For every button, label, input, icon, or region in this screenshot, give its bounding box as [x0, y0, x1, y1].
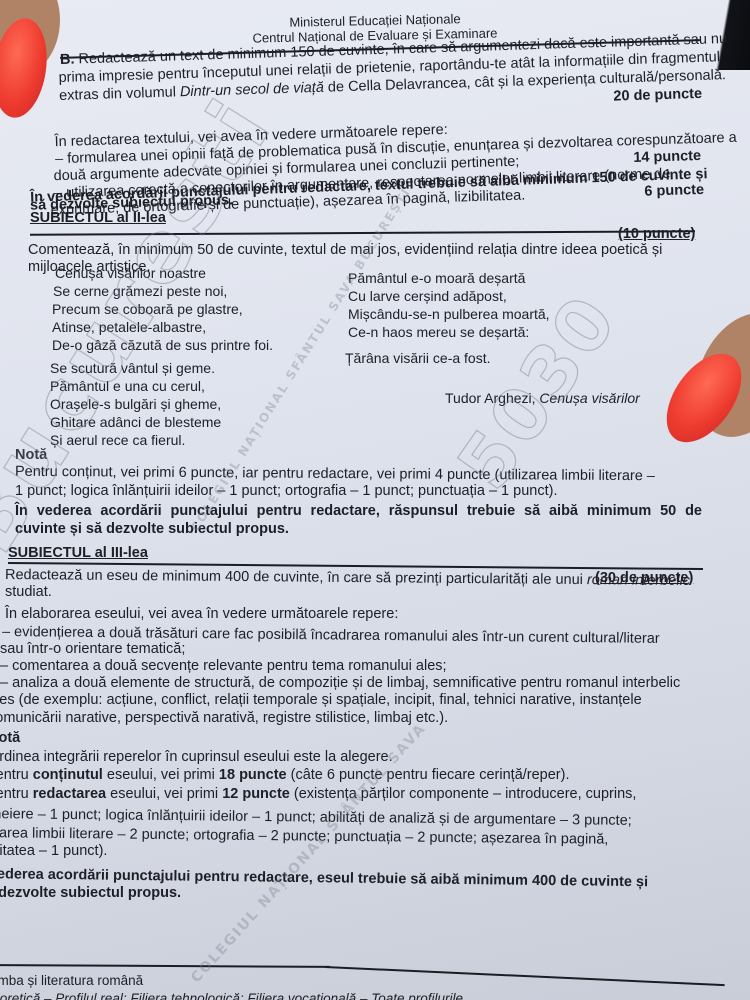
poem-title: Cenușa visărilor	[539, 390, 639, 406]
poem-verse: Pământul e una cu cerul,	[50, 378, 205, 395]
poem-right-stanza-2: Țărâna visării ce-a fost.	[345, 350, 491, 367]
subject-3-task-line-2: studiat.	[5, 584, 52, 601]
subject-3-note-title: Notă	[0, 730, 20, 747]
note-bold: 18 puncte	[219, 767, 287, 783]
subject-3-title: SUBIECTUL al III-lea	[8, 545, 148, 562]
subject-2-requirement-2: cuvinte și să dezvolte subiectul propus.	[15, 521, 289, 538]
note-text: (câte 6 puncte pentru fiecare cerință/re…	[291, 767, 570, 783]
subject-3-note-line-2: Pentru conținutul eseului, vei primi 18 …	[0, 767, 570, 784]
note-bold: conținutul	[33, 767, 103, 783]
footer-line-2: Filiera teoretică – Profilul real; Filie…	[0, 990, 463, 1000]
poem-verse: Ghitare adânci de blesteme	[50, 414, 221, 431]
subject-2-rule	[30, 230, 695, 235]
subject-3-item-3-line-2: ales (de exemplu: acțiune, conflict, rel…	[0, 692, 642, 709]
poem-verse: Se cerne grămezi peste noi,	[53, 283, 227, 300]
subject-2-note-line-1: Pentru conținut, vei primi 6 puncte, iar…	[15, 464, 655, 485]
criteria-1-points: 14 puncte	[633, 148, 701, 167]
poem-verse: Se scutură vântul și geme.	[50, 360, 215, 377]
subject-3-item-1-line-2: sau într-o orientare tematică;	[0, 641, 185, 658]
subject-2-requirement-1: În vederea acordării punctajului pentru …	[15, 503, 702, 520]
subject-3-task-line-1: Redactează un eseu de minimum 400 de cuv…	[5, 567, 690, 590]
subject-2-task-line-1: Comentează, în minimum 50 de cuvinte, te…	[28, 242, 698, 259]
note-text: Pentru	[0, 767, 29, 783]
subject-3-note-line-3: Pentru redactarea eseului, vei primi 12 …	[0, 786, 636, 803]
poem-author: Tudor Arghezi,	[445, 390, 536, 406]
subject-3-item-3-line-1: – analiza a două elemente de structură, …	[0, 675, 680, 692]
footer-rule-left	[0, 964, 330, 968]
poem-verse: De-o gâză căzută de sus printre foi.	[52, 337, 273, 354]
book-title: Dintr-un secol de viață	[180, 80, 324, 101]
poem-verse: Orașele-s bulgări și gheme,	[50, 396, 221, 413]
poem-verse: Cenușa visărilor noastre	[55, 265, 206, 282]
note-bold: 12 puncte	[222, 786, 290, 802]
poem-verse: Precum se coboară pe glastre,	[52, 301, 243, 318]
note-text: eseului, vei primi	[107, 767, 215, 783]
subject-3-intro: În elaborarea eseului, vei avea în veder…	[5, 606, 398, 623]
subject-3-task-text: Redactează un eseu de minimum 400 de cuv…	[5, 567, 583, 588]
exam-page: Ministerul Educației Naționale Centrul N…	[0, 0, 750, 1000]
footer-rule-right	[325, 966, 725, 986]
section-b-points: 20 de puncte	[613, 86, 702, 106]
note-text: Pentru	[0, 786, 29, 802]
note-bold: redactarea	[33, 786, 106, 802]
poem-attribution: Tudor Arghezi, Cenușa visărilor	[445, 390, 640, 407]
poem-verse: Și aerul rece ca fierul.	[50, 432, 185, 449]
section-b-text: extras din volumul	[59, 84, 176, 104]
section-b-label: B.	[60, 52, 75, 68]
subject-3-item-3-line-3: comunicării narative, perspectivă narati…	[0, 710, 448, 727]
poem-verse: Ce-n haos mereu se deșartă:	[348, 324, 529, 341]
subject-3-item-2: – comentarea a două secvențe relevante p…	[0, 658, 447, 675]
footer-line-1: Proba scrisă – Limba și literatura român…	[0, 972, 143, 989]
poem-verse: Mișcându-se-n pulberea moartă,	[348, 306, 550, 323]
subject-3-requirement-2: să dezvolte subiectul propus.	[0, 885, 181, 902]
roman-interbelic: roman interbelic	[587, 572, 690, 589]
note-text: eseului, vei primi	[110, 786, 218, 802]
poem-verse: Pământul e-o moară deșartă	[348, 270, 525, 287]
subject-2-note-title: Notă	[15, 447, 47, 464]
poem-verse: Cu larve cerșind adăpost,	[348, 288, 507, 305]
subject-3-note-line-6: lizibilitatea – 1 punct).	[0, 843, 107, 860]
poem-verse: Atinse, petalele-albastre,	[52, 319, 206, 336]
subject-2-points: (10 puncte)	[618, 226, 695, 243]
subject-2-note-line-2: 1 punct; logica înlănțuirii ideilor – 1 …	[15, 483, 557, 500]
subject-2-title: SUBIECTUL al II-lea	[30, 210, 166, 227]
subject-3-note-line-1: Ordinea integrării reperelor în cuprinsu…	[0, 749, 393, 766]
note-text: (existența părților componente – introdu…	[294, 786, 637, 802]
